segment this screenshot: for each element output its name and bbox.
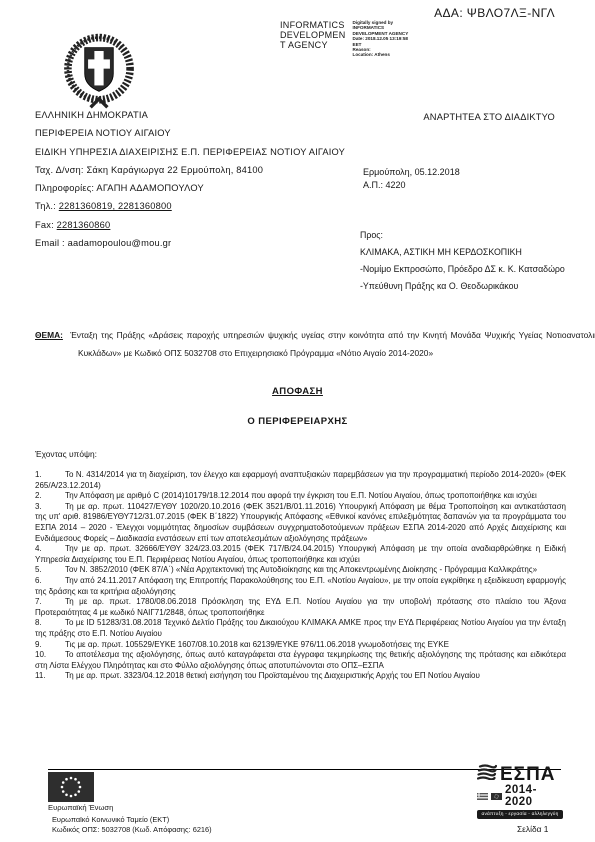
issuer-telephone: Τηλ.: 2281360819, 2281360800 xyxy=(35,197,345,215)
issuer-region: ΠΕΡΙΦΕΡΕΙΑ ΝΟΤΙΟΥ ΑΙΓΑΙΟΥ xyxy=(35,124,345,142)
issuer-contact-person: Πληροφορίες: ΑΓΑΠΗ ΑΔΑΜΟΠΟΥΛΟΥ xyxy=(35,179,345,197)
greek-flag-icon xyxy=(477,787,488,805)
page-number: Σελίδα 1 xyxy=(517,824,548,834)
espa-period: 2014-2020 xyxy=(505,784,563,808)
espa-wave-icon xyxy=(477,764,497,785)
telephone-numbers-link[interactable]: 2281360819, 2281360800 xyxy=(59,201,172,211)
subject-paragraph: ΘΕΜΑ: Ένταξη της Πράξης «Δράσεις παροχής… xyxy=(35,326,595,362)
consideration-item: 2.Την Απόφαση με αριθμό C (2014)10179/18… xyxy=(35,491,566,502)
document-page: ΑΔΑ: ΨΒΛΟ7ΛΞ-ΝΓΛ INFORMATICS DEVELOPMEN … xyxy=(0,0,595,842)
espa-tagline: ανάπτυξη - εργασία - αλληλεγγύη xyxy=(477,810,563,819)
consideration-item: 11.Τη με αρ. πρωτ. 3323/04.12.2018 θετικ… xyxy=(35,671,566,682)
consideration-item: 3.Τη με αρ. πρωτ. 110427/ΕΥΘΥ 1020/20.10… xyxy=(35,502,566,544)
consideration-item: 9.Τις με αρ. πρωτ. 105529/ΕΥΚΕ 1607/08.1… xyxy=(35,640,566,651)
consideration-item: 1.Το Ν. 4314/2014 για τη διαχείριση, τον… xyxy=(35,470,566,491)
fax-number-link[interactable]: 2281360860 xyxy=(57,220,111,230)
decision-authority-heading: Ο ΠΕΡΙΦΕΡΕΙΑΡΧΗΣ xyxy=(0,416,595,427)
issuer-address: Ταχ. Δ/νση: Σάκη Καράγιωργα 22 Ερμούπολη… xyxy=(35,161,345,179)
issuer-service: ΕΙΔΙΚΗ ΥΠΗΡΕΣΙΑ ΔΙΑΧΕΙΡΙΣΗΣ Ε.Π. ΠΕΡΙΦΕΡ… xyxy=(35,143,345,161)
fax-label: Fax: xyxy=(35,220,57,230)
digital-signature-stamp: INFORMATICS DEVELOPMEN T AGENCY Digitall… xyxy=(280,20,408,58)
ops-code-line: Κωδικός ΟΠΣ: 5032708 (Κωδ. Απόφασης: 621… xyxy=(52,825,212,834)
ada-code: ΑΔΑ: ΨΒΛΟ7ΛΞ-ΝΓΛ xyxy=(434,6,555,20)
eu-mini-flag-icon xyxy=(491,787,502,805)
considerations-intro: Έχοντας υπόψη: xyxy=(35,449,97,459)
issuer-block: ΕΛΛΗΝΙΚΗ ΔΗΜΟΚΡΑΤΙΑ ΠΕΡΙΦΕΡΕΙΑ ΝΟΤΙΟΥ ΑΙ… xyxy=(35,106,345,252)
recipient-representative: -Νομίμο Εκπροσώπο, Πρόεδρο ΔΣ κ. Κ. Κατσ… xyxy=(360,261,565,278)
recipient-project-manager: -Υπεύθυνη Πράξης κα Ο. Θεοδωρικάκου xyxy=(360,278,565,295)
email-label: Email : xyxy=(35,238,68,248)
date-protocol-block: Ερμούπολη, 05.12.2018 Α.Π.: 4220 xyxy=(363,166,460,192)
decision-heading: ΑΠΟΦΑΣΗ xyxy=(0,386,595,397)
consideration-item: 7.Τη με αρ. πρωτ. 1780/08.06.2018 Πρόσκλ… xyxy=(35,597,566,618)
place-date: Ερμούπολη, 05.12.2018 xyxy=(363,166,460,179)
issuer-republic: ΕΛΛΗΝΙΚΗ ΔΗΜΟΚΡΑΤΙΑ xyxy=(35,106,345,124)
email-address-link[interactable]: aadamopoulou@mou.gr xyxy=(68,238,172,248)
consideration-item: 8.Το με ID 51283/31.08.2018 Τεχνικό Δελτ… xyxy=(35,618,566,639)
stamp-signature-details: Digitally signed by INFORMATICS DEVELOPM… xyxy=(353,20,409,58)
consideration-item: 4.Την με αρ. πρωτ. 32666/ΕΥΘΥ 324/23.03.… xyxy=(35,544,566,565)
recipient-block: Προς: ΚΛΙΜΑΚΑ, ΑΣΤΙΚΗ ΜΗ ΚΕΡΔΟΣΚΟΠΙΚΗ -Ν… xyxy=(360,227,565,295)
recipient-label: Προς: xyxy=(360,227,565,244)
subject-label: ΘΕΜΑ: xyxy=(35,330,63,340)
consideration-item: 5.Τον Ν. 3852/2010 (ΦΕΚ 87/Α΄) «Νέα Αρχι… xyxy=(35,565,566,576)
considerations-list: 1.Το Ν. 4314/2014 για τη διαχείριση, τον… xyxy=(35,470,566,682)
recipient-organization: ΚΛΙΜΑΚΑ, ΑΣΤΙΚΗ ΜΗ ΚΕΡΔΟΣΚΟΠΙΚΗ xyxy=(360,244,565,261)
eu-flag-icon xyxy=(48,772,94,807)
telephone-label: Τηλ.: xyxy=(35,201,59,211)
eu-fund-label: Ευρωπαϊκό Κοινωνικό Ταμείο (ΕΚΤ) xyxy=(52,815,169,824)
consideration-item: 6.Την από 24.11.2017 Απόφαση της Επιτροπ… xyxy=(35,576,566,597)
protocol-number: Α.Π.: 4220 xyxy=(363,179,460,192)
issuer-email: Email : aadamopoulou@mou.gr xyxy=(35,234,345,252)
internet-posting-note: ΑΝΑΡΤΗΤΕΑ ΣΤΟ ΔΙΑΔΙΚΤΥΟ xyxy=(423,112,555,122)
espa-logo: ΕΣΠΑ 2014-2020 ανάπτυξη xyxy=(477,764,563,819)
eu-union-label: Ευρωπαϊκή Ένωση xyxy=(48,803,113,812)
consideration-item: 10.Το αποτέλεσμα της αξιολόγησης, όπως α… xyxy=(35,650,566,671)
issuer-fax: Fax: 2281360860 xyxy=(35,216,345,234)
subject-text: Ένταξη της Πράξης «Δράσεις παροχής υπηρε… xyxy=(70,330,595,358)
espa-name: ΕΣΠΑ xyxy=(500,765,556,785)
stamp-agency-name: INFORMATICS DEVELOPMEN T AGENCY xyxy=(280,20,346,50)
